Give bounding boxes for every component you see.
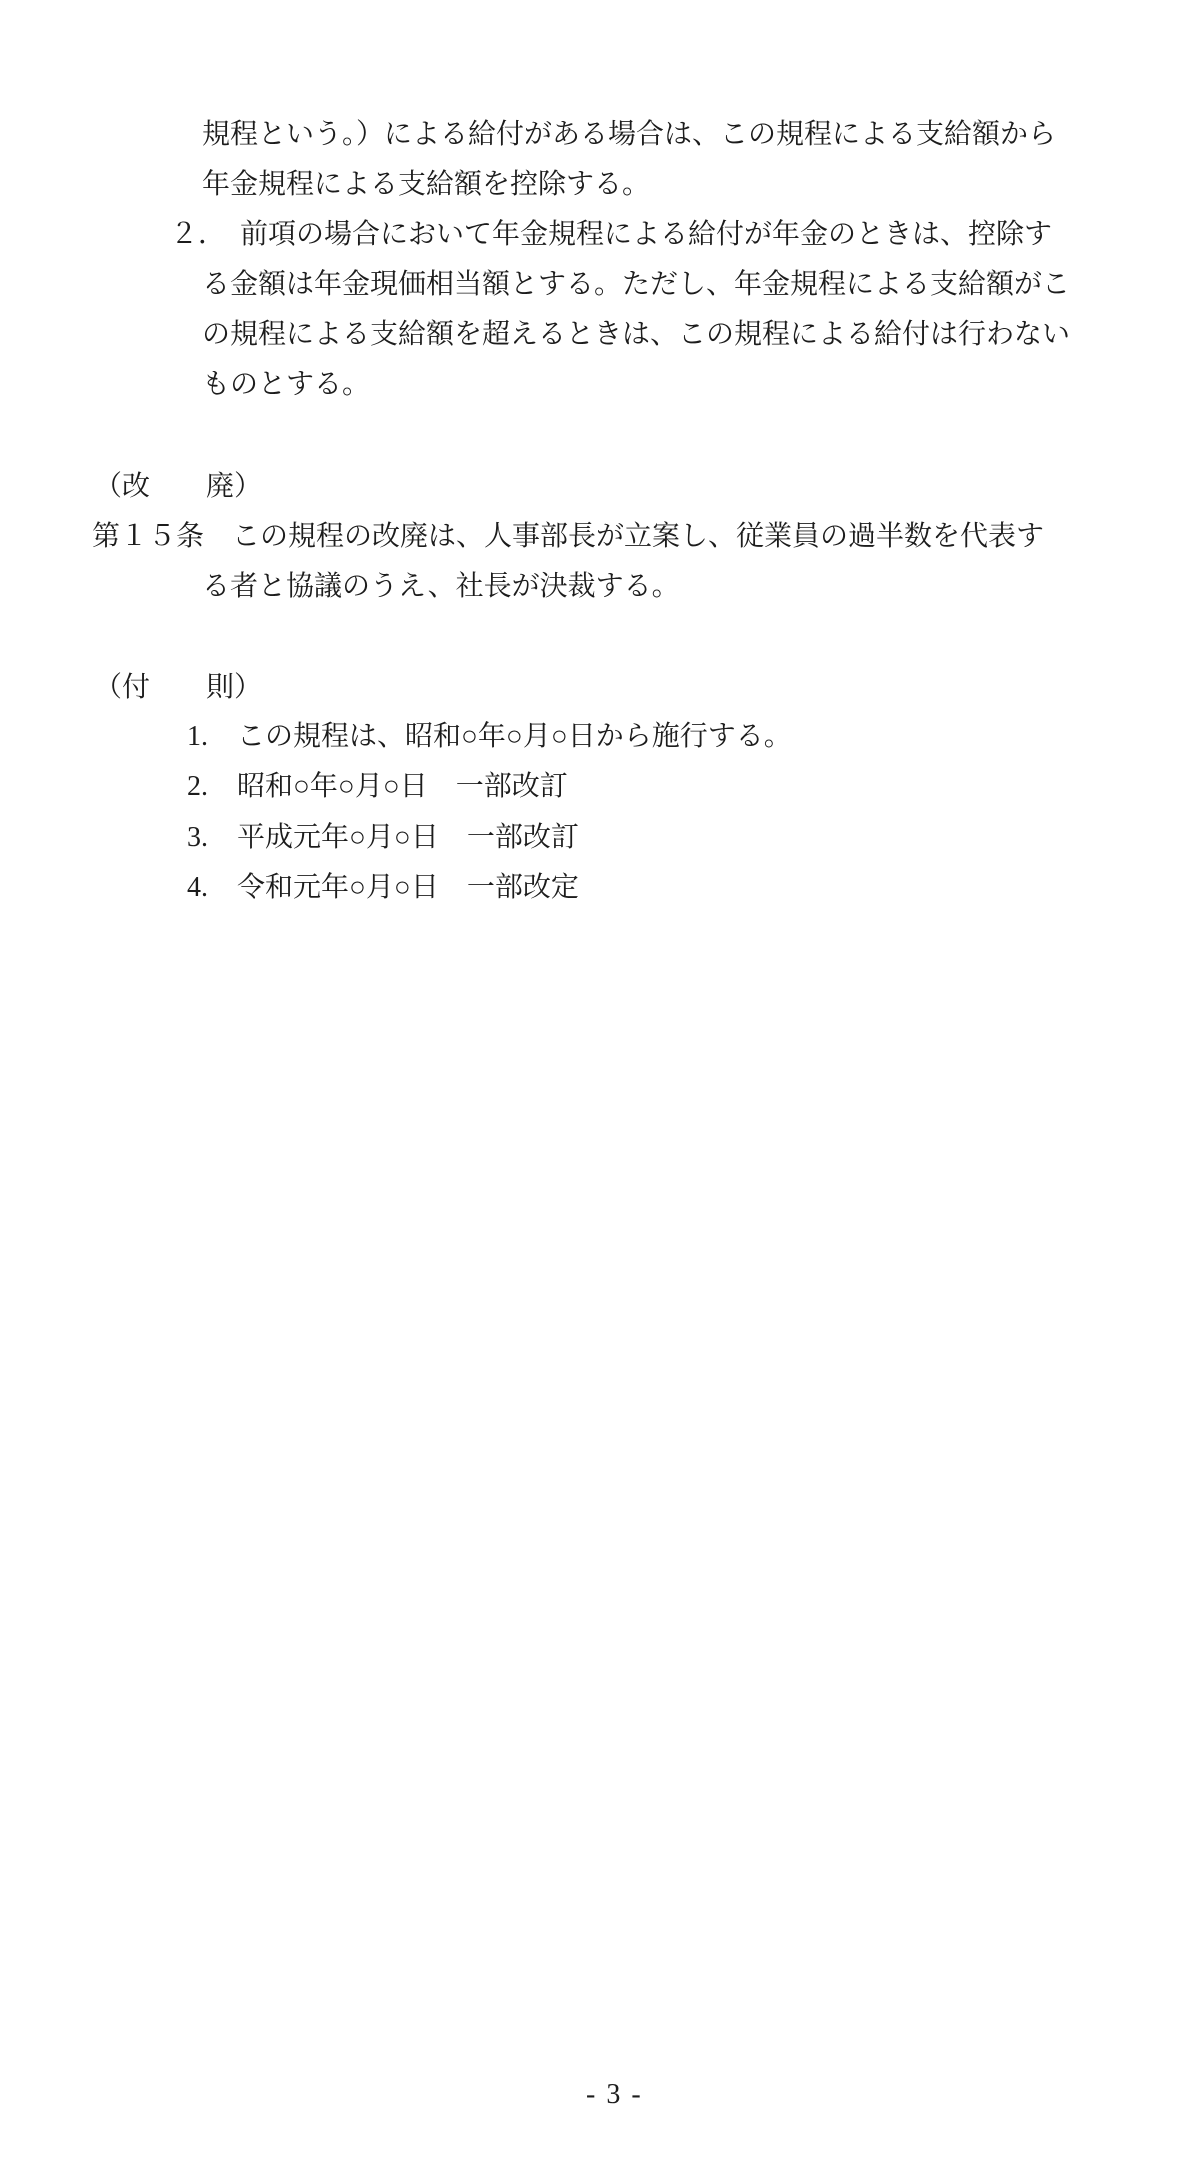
page-number: - 3 - [586, 2070, 643, 2120]
appendix-item-number: 1. [187, 712, 208, 762]
appendix-item-number: 4. [187, 863, 208, 913]
clause-2-line: の規程による支給額を超えるときは、この規程による給付は行わない [202, 310, 1070, 360]
document-line: 4.令和元年○月○日 一部改定 [0, 863, 1204, 913]
supplement-section-heading: （付 則） [94, 663, 262, 713]
appendix-item-text: 昭和○年○月○日 一部改訂 [237, 762, 568, 812]
document-line: ２．前項の場合において年金規程による給付が年金のときは、控除す [0, 210, 1204, 260]
document-page: 規程という。）による給付がある場合は、この規程による支給額から年金規程による支給… [0, 0, 1204, 2181]
amendment-section-heading: （改 廃） [94, 462, 262, 512]
clause-2-line: ものとする。 [202, 360, 370, 410]
document-line: 2.昭和○年○月○日 一部改訂 [0, 762, 1204, 812]
intro-paragraph-line: 年金規程による支給額を控除する。 [202, 160, 650, 210]
article-15-text: この規程の改廃は、人事部長が立案し、従業員の過半数を代表す [232, 512, 1044, 562]
document-line: 3.平成元年○月○日 一部改訂 [0, 813, 1204, 863]
article-15-number: 第１５条 [92, 512, 204, 562]
clause-2-line: 前項の場合において年金規程による給付が年金のときは、控除す [240, 210, 1052, 260]
appendix-item-number: 2. [187, 762, 208, 812]
document-line: 1.この規程は、昭和○年○月○日から施行する。 [0, 712, 1204, 762]
appendix-item-number: 3. [187, 813, 208, 863]
document-line: 第１５条この規程の改廃は、人事部長が立案し、従業員の過半数を代表す [0, 512, 1204, 562]
article-15-text: る者と協議のうえ、社長が決裁する。 [202, 562, 680, 612]
clause-2-line: る金額は年金現価相当額とする。ただし、年金規程による支給額がこ [202, 260, 1070, 310]
appendix-item-text: この規程は、昭和○年○月○日から施行する。 [237, 712, 792, 762]
appendix-item-text: 令和元年○月○日 一部改定 [237, 863, 579, 913]
appendix-item-text: 平成元年○月○日 一部改訂 [237, 813, 579, 863]
clause-2-number: ２． [170, 210, 226, 260]
intro-paragraph-line: 規程という。）による給付がある場合は、この規程による支給額から [202, 110, 1056, 160]
